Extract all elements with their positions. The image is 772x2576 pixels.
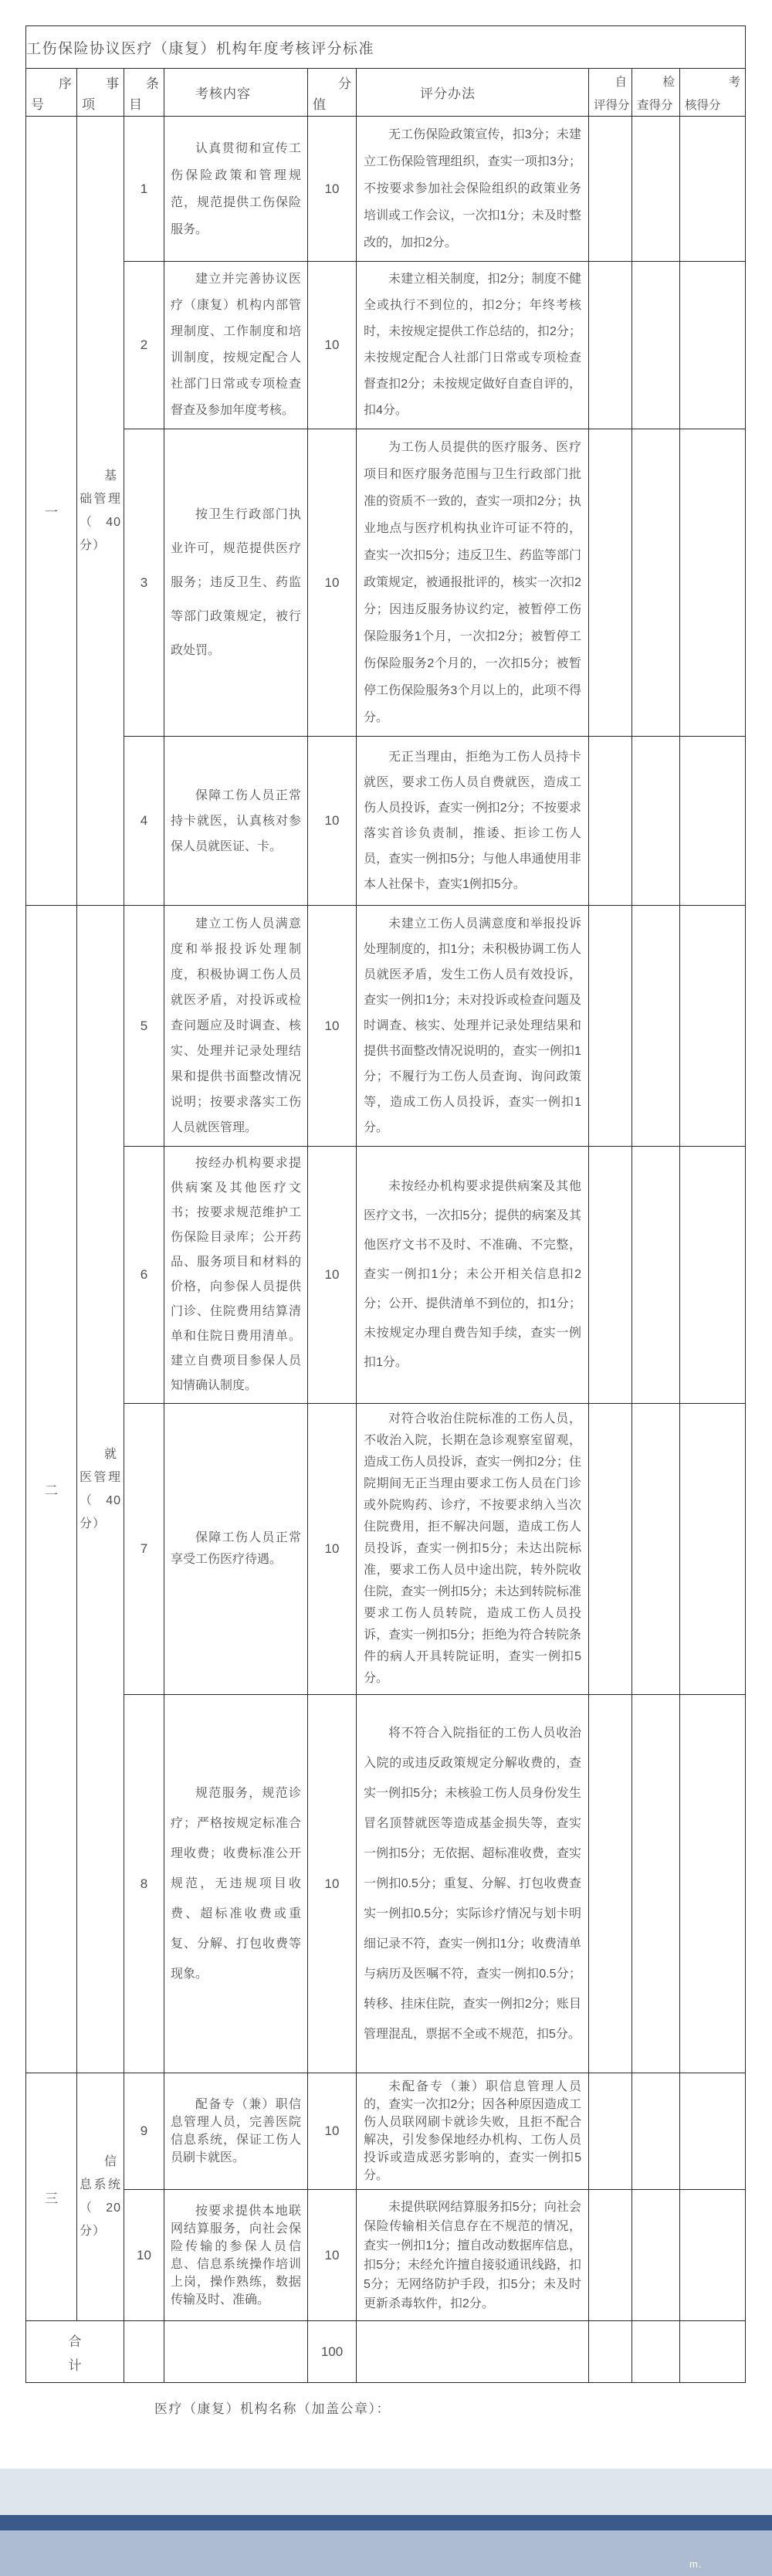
scoring-method-cell: 无工伤保险政策宣传，扣3分；未建立工伤保险管理组织，查实一项扣3分；不按要求参加…: [357, 117, 589, 262]
item-number-cell: 3: [124, 429, 164, 737]
column-header-tiaomu: 条目: [124, 69, 164, 117]
assessment-content-cell: 按经办机构要求提供病案及其他医疗文书；按要求规范维护工伤保险目录库；公开药品、服…: [164, 1147, 308, 1404]
item-number-cell: 9: [124, 2073, 164, 2190]
score-value-cell: 10: [308, 1695, 357, 2073]
check-score-cell: [632, 2190, 680, 2321]
item-number-cell: 1: [124, 117, 164, 262]
assess-score-cell: [680, 429, 746, 737]
section-label: 就医管理（40分）: [77, 906, 124, 2073]
document-page: 工伤保险协议医疗（康复）机构年度考核评分标准 序号 事项 条目 考核内容 分值 …: [0, 0, 772, 2576]
score-value-cell: 10: [308, 117, 357, 262]
check-score-cell: [632, 737, 680, 906]
scoring-method-cell: 未配备专（兼）职信息管理人员的，查实一次扣2分；因各种原因造成工伤人员联网刷卡就…: [357, 2073, 589, 2190]
section-label: 信息系统（20分）: [77, 2073, 124, 2321]
self-score-cell: [589, 1147, 632, 1404]
scoring-method-cell: 未建立工伤人员满意度和举报投诉处理制度的，扣1分；未积极协调工伤人员就医矛盾，发…: [357, 906, 589, 1147]
check-score-cell: [632, 429, 680, 737]
bottom-band-dark: [0, 2515, 772, 2530]
assess-score-cell: [680, 117, 746, 262]
assessment-content-cell: 建立工伤人员满意度和举报投诉处理制度，积极协调工伤人员就医矛盾，对投诉或检查问题…: [164, 906, 308, 1147]
check-score-cell: [632, 906, 680, 1147]
check-score-cell: [632, 117, 680, 262]
scoring-method-cell: 未按经办机构要求提供病案及其他医疗文书，一次扣5分；提供的病案及其他医疗文书不及…: [357, 1147, 589, 1404]
column-header-assessscore: 考核得分: [680, 69, 746, 117]
assess-score-cell: [680, 1695, 746, 2073]
bottom-band-light: [0, 2469, 772, 2515]
total-score: 100: [308, 2321, 357, 2383]
bottom-band-footer: [0, 2530, 772, 2576]
assess-score-cell: [680, 1147, 746, 1404]
scoring-method-cell: 对符合收治住院标准的工伤人员，不收治入院，长期在急诊观察室留观，造成工伤人员投诉…: [357, 1404, 589, 1695]
page-title: 工伤保险协议医疗（康复）机构年度考核评分标准: [26, 26, 746, 69]
self-score-cell: [589, 1404, 632, 1695]
scoring-method-cell: 未建立相关制度，扣2分；制度不健全或执行不到位的，扣2分；年终考核时，未按规定提…: [357, 262, 589, 429]
self-score-cell: [589, 429, 632, 737]
assess-score-cell: [680, 2190, 746, 2321]
item-number-cell: 6: [124, 1147, 164, 1404]
assessment-content-cell: 按要求提供本地联网结算服务，向社会保险传输的参保人员信息、信息系统操作培训上岗，…: [164, 2190, 308, 2321]
score-value-cell: 10: [308, 262, 357, 429]
score-value-cell: 10: [308, 906, 357, 1147]
assess-score-cell: [680, 262, 746, 429]
scoring-method-cell: 为工伤人员提供的医疗服务、医疗项目和医疗服务范围与卫生行政部门批准的资质不一致的…: [357, 429, 589, 737]
item-number-cell: 5: [124, 906, 164, 1147]
signature-line: 医疗（康复）机构名称（加盖公章）：: [154, 2398, 391, 2417]
column-header-content: 考核内容: [164, 69, 308, 117]
total-content-cell: [164, 2321, 308, 2383]
score-value-cell: 10: [308, 1404, 357, 1695]
check-score-cell: [632, 2073, 680, 2190]
self-score-cell: [589, 2321, 632, 2383]
section-label: 基础管理（40分）: [77, 117, 124, 906]
item-number-cell: 7: [124, 1404, 164, 1695]
self-score-cell: [589, 737, 632, 906]
scoring-method-cell: 未提供联网结算服务扣5分；向社会保险传输相关信息存在不规范的情况，查实一例扣1分…: [357, 2190, 589, 2321]
score-value-cell: 10: [308, 2073, 357, 2190]
self-score-cell: [589, 2190, 632, 2321]
section-number: 一: [26, 117, 77, 906]
self-score-cell: [589, 117, 632, 262]
scoring-method-cell: 无正当理由，拒绝为工伤人员持卡就医，要求工伤人员自费就医，造成工伤人员投诉，查实…: [357, 737, 589, 906]
check-score-cell: [632, 2321, 680, 2383]
assessment-content-cell: 配备专（兼）职信息管理人员，完善医院信息系统，保证工伤人员刷卡就医。: [164, 2073, 308, 2190]
column-header-checkscore: 检查得分: [632, 69, 680, 117]
self-score-cell: [589, 262, 632, 429]
item-number-cell: 10: [124, 2190, 164, 2321]
self-score-cell: [589, 1695, 632, 2073]
total-item-cell: [124, 2321, 164, 2383]
item-number-cell: 8: [124, 1695, 164, 2073]
column-header-method: 评分办法: [357, 69, 589, 117]
check-score-cell: [632, 1695, 680, 2073]
assessment-content-cell: 保障工伤人员正常持卡就医，认真核对参保人员就医证、卡。: [164, 737, 308, 906]
assessment-content-cell: 按卫生行政部门执业许可，规范提供医疗服务；违反卫生、药监等部门政策规定，被行政处…: [164, 429, 308, 737]
item-number-cell: 2: [124, 262, 164, 429]
check-score-cell: [632, 1404, 680, 1695]
total-label: 合 计: [26, 2321, 124, 2383]
column-header-score: 分值: [308, 69, 357, 117]
watermark-text: m.: [689, 2558, 702, 2570]
column-header-selfscore: 自评得分: [589, 69, 632, 117]
item-number-cell: 4: [124, 737, 164, 906]
assess-score-cell: [680, 2073, 746, 2190]
self-score-cell: [589, 2073, 632, 2190]
column-header-shixiang: 事项: [77, 69, 124, 117]
assessment-content-cell: 认真贯彻和宣传工伤保险政策和管理规范，规范提供工伤保险服务。: [164, 117, 308, 262]
section-number: 三: [26, 2073, 77, 2321]
score-value-cell: 10: [308, 737, 357, 906]
scoring-method-cell: 将不符合入院指征的工伤人员收治入院的或违反政策规定分解收费的，查实一例扣5分；未…: [357, 1695, 589, 2073]
check-score-cell: [632, 1147, 680, 1404]
assess-score-cell: [680, 1404, 746, 1695]
assess-score-cell: [680, 906, 746, 1147]
score-value-cell: 10: [308, 1147, 357, 1404]
assess-score-cell: [680, 2321, 746, 2383]
check-score-cell: [632, 262, 680, 429]
column-header-xuhao: 序号: [26, 69, 77, 117]
total-method-cell: [357, 2321, 589, 2383]
self-score-cell: [589, 906, 632, 1147]
score-value-cell: 10: [308, 429, 357, 737]
assessment-table: 工伤保险协议医疗（康复）机构年度考核评分标准 序号 事项 条目 考核内容 分值 …: [25, 25, 746, 2383]
assessment-content-cell: 建立并完善协议医疗（康复）机构内部管理制度、工作制度和培训制度，按规定配合人社部…: [164, 262, 308, 429]
score-value-cell: 10: [308, 2190, 357, 2321]
section-number: 二: [26, 906, 77, 2073]
assessment-content-cell: 规范服务，规范诊疗；严格按规定标准合理收费；收费标准公开规范，无违规项目收费、超…: [164, 1695, 308, 2073]
assessment-content-cell: 保障工伤人员正常享受工伤医疗待遇。: [164, 1404, 308, 1695]
assess-score-cell: [680, 737, 746, 906]
